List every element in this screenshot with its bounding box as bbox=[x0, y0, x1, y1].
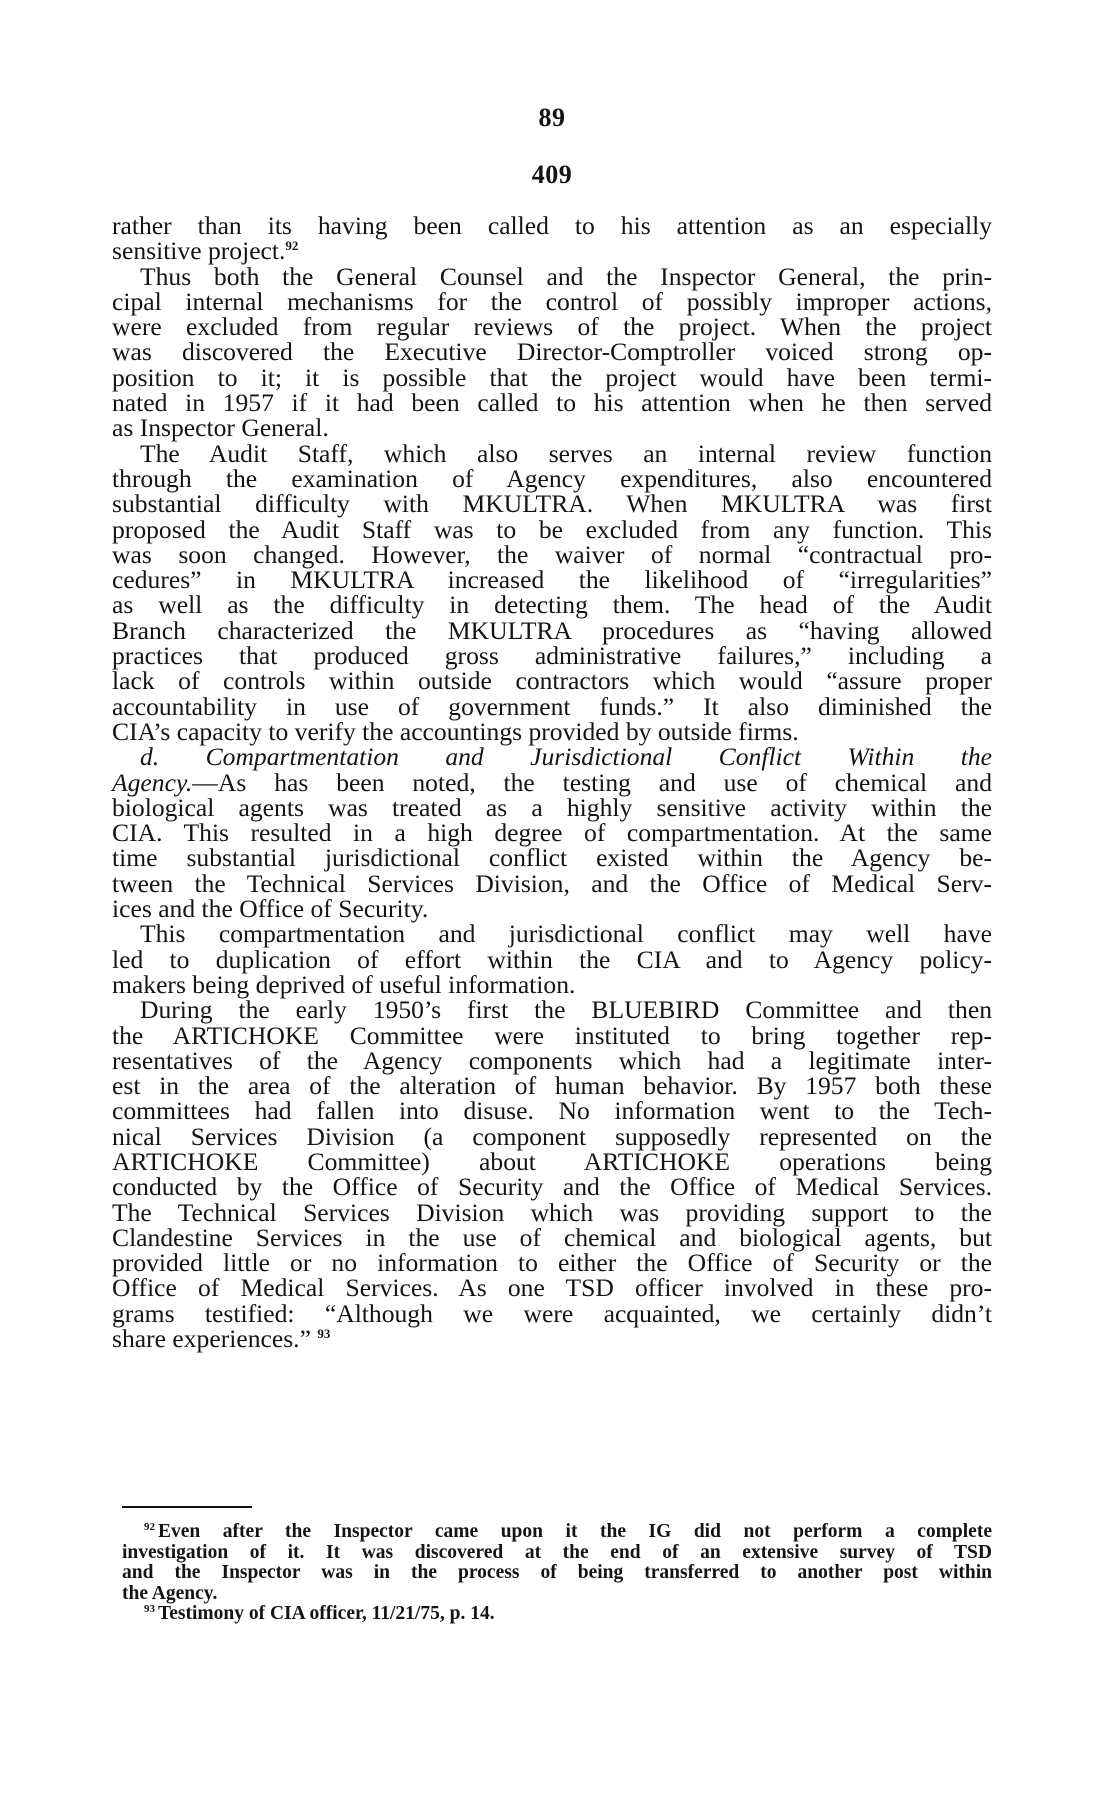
text-line: Agency.—As has been noted, the testing a… bbox=[112, 770, 992, 795]
text-line: Branch characterized the MKULTRA procedu… bbox=[112, 618, 992, 643]
text-line: rather than its having been called to hi… bbox=[112, 213, 992, 238]
text-line: the ARTICHOKE Committee were instituted … bbox=[112, 1023, 992, 1048]
text-line: sensitive project.92 bbox=[112, 238, 992, 263]
text-line: During the early 1950’s first the BLUEBI… bbox=[112, 997, 992, 1022]
text-line: CIA’s capacity to verify the accountings… bbox=[112, 719, 992, 744]
text-line: accountability in use of government fund… bbox=[112, 694, 992, 719]
paragraph-audit-staff: The Audit Staff, which also serves an in… bbox=[112, 441, 992, 745]
text-line: committees had fallen into disuse. No in… bbox=[112, 1098, 992, 1123]
text-line: provided little or no information to eit… bbox=[112, 1250, 992, 1275]
text-line: proposed the Audit Staff was to be exclu… bbox=[112, 517, 992, 542]
text-line: and the Inspector was in the process of … bbox=[122, 1563, 992, 1584]
text-line: conducted by the Office of Security and … bbox=[112, 1174, 992, 1199]
text-line: biological agents was treated as a highl… bbox=[112, 795, 992, 820]
text-line: time substantial jurisdictional conflict… bbox=[112, 845, 992, 870]
footnotes: 92Even after the Inspector came upon it … bbox=[122, 1522, 992, 1625]
text-line: This compartmentation and jurisdictional… bbox=[112, 921, 992, 946]
text-line: position to it; it is possible that the … bbox=[112, 365, 992, 390]
text-line: share experiences.” 93 bbox=[112, 1326, 992, 1351]
text-line: Office of Medical Services. As one TSD o… bbox=[112, 1275, 992, 1300]
text-line: lack of controls within outside contract… bbox=[112, 668, 992, 693]
text-line: nical Services Division (a component sup… bbox=[112, 1124, 992, 1149]
text-line: Clandestine Services in the use of chemi… bbox=[112, 1225, 992, 1250]
text-line: cedures” in MKULTRA increased the likeli… bbox=[112, 567, 992, 592]
paragraph-duplication: This compartmentation and jurisdictional… bbox=[112, 921, 992, 997]
text-line: 92Even after the Inspector came upon it … bbox=[122, 1522, 992, 1543]
text-line: as Inspector General. bbox=[112, 415, 992, 440]
text-line: ARTICHOKE Committee) about ARTICHOKE ope… bbox=[112, 1149, 992, 1174]
text-line: was discovered the Executive Director-Co… bbox=[112, 339, 992, 364]
footnote-93: 93Testimony of CIA officer, 11/21/75, p.… bbox=[122, 1604, 992, 1625]
text-line: through the examination of Agency expend… bbox=[112, 466, 992, 491]
paragraph-general-counsel: Thus both the General Counsel and the In… bbox=[112, 264, 992, 441]
text-line: were excluded from regular reviews of th… bbox=[112, 314, 992, 339]
text-line: practices that produced gross administra… bbox=[112, 643, 992, 668]
footnote-ref-92[interactable]: 92 bbox=[285, 238, 298, 253]
text-line: CIA. This resulted in a high degree of c… bbox=[112, 820, 992, 845]
paragraph-continuation: rather than its having been called to hi… bbox=[112, 213, 992, 264]
text-line: led to duplication of effort within the … bbox=[112, 947, 992, 972]
footnote-ref-93[interactable]: 93 bbox=[317, 1326, 330, 1341]
body-text: rather than its having been called to hi… bbox=[112, 213, 992, 1351]
text-line: resentatives of the Agency components wh… bbox=[112, 1048, 992, 1073]
text-line: The Audit Staff, which also serves an in… bbox=[112, 441, 992, 466]
footnote-divider bbox=[122, 1506, 252, 1508]
page-number-top: 89 bbox=[112, 103, 992, 133]
text-line: nated in 1957 if it had been called to h… bbox=[112, 390, 992, 415]
text-line: makers being deprived of useful informat… bbox=[112, 972, 992, 997]
text-line: The Technical Services Division which wa… bbox=[112, 1200, 992, 1225]
paragraph-compartmentation: d. Compartmentation and Jurisdictional C… bbox=[112, 744, 992, 921]
section-heading: d. Compartmentation and Jurisdictional C… bbox=[112, 744, 992, 769]
text-line: cipal internal mechanisms for the contro… bbox=[112, 289, 992, 314]
footnote-mark: 92 bbox=[144, 1521, 155, 1533]
text-line: investigation of it. It was discovered a… bbox=[122, 1543, 992, 1564]
text-line: 93Testimony of CIA officer, 11/21/75, p.… bbox=[122, 1604, 992, 1625]
footnote-mark: 93 bbox=[144, 1603, 155, 1615]
text-line: as well as the difficulty in detecting t… bbox=[112, 592, 992, 617]
paragraph-bluebird-artichoke: During the early 1950’s first the BLUEBI… bbox=[112, 997, 992, 1351]
footnote-92: 92Even after the Inspector came upon it … bbox=[122, 1522, 992, 1604]
text-line: tween the Technical Services Division, a… bbox=[112, 871, 992, 896]
text-line: ices and the Office of Security. bbox=[112, 896, 992, 921]
text-line: the Agency. bbox=[122, 1584, 992, 1605]
text-line: Thus both the General Counsel and the In… bbox=[112, 264, 992, 289]
text-line: est in the area of the alteration of hum… bbox=[112, 1073, 992, 1098]
text-line: grams testified: “Although we were acqua… bbox=[112, 1301, 992, 1326]
page-number-original: 409 bbox=[112, 160, 992, 190]
text-line: was soon changed. However, the waiver of… bbox=[112, 542, 992, 567]
text-line: substantial difficulty with MKULTRA. Whe… bbox=[112, 491, 992, 516]
